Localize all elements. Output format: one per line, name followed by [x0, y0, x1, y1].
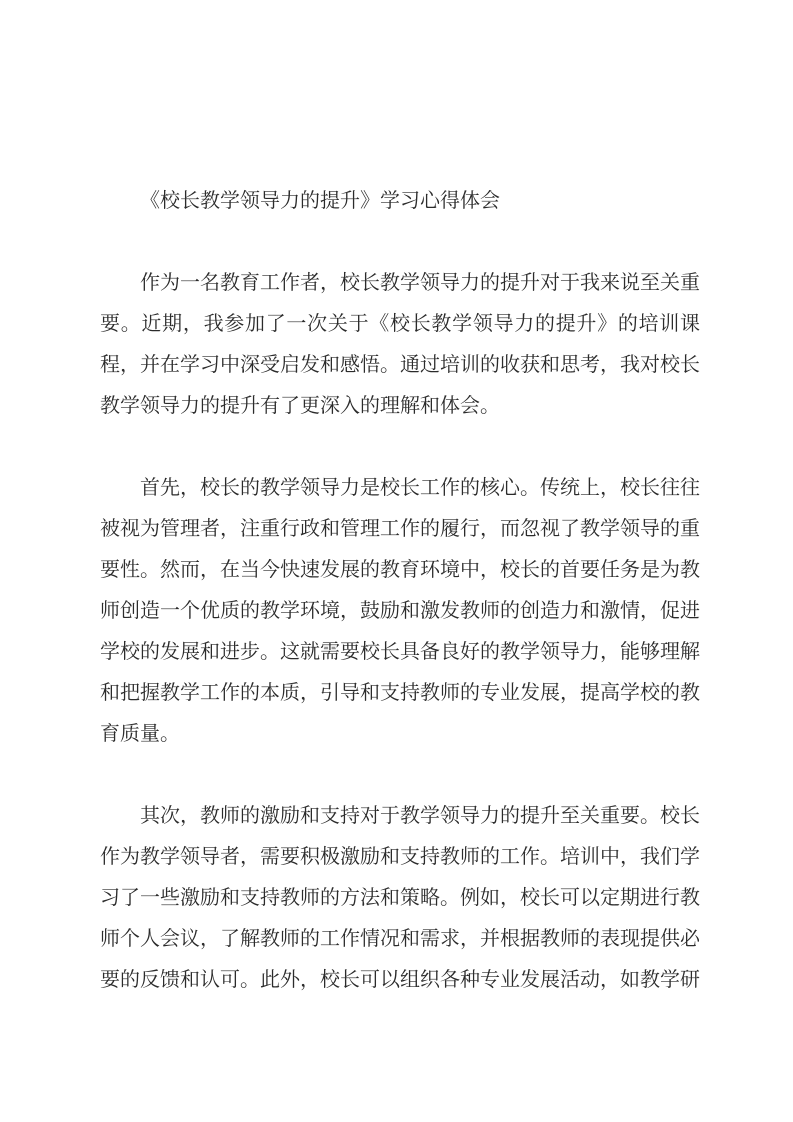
document-title: 《校长教学领导力的提升》学习心得体会 — [100, 181, 700, 222]
paragraph-intro: 作为一名教育工作者，校长教学领导力的提升对于我来说至关重要。近期，我参加了一次关… — [100, 263, 700, 427]
paragraph-first-point: 首先，校长的教学领导力是校长工作的核心。传统上，校长往往被视为管理者，注重行政和… — [100, 468, 700, 755]
document-page: 《校长教学领导力的提升》学习心得体会 作为一名教育工作者，校长教学领导力的提升对… — [0, 0, 793, 1122]
paragraph-second-point: 其次，教师的激励和支持对于教学领导力的提升至关重要。校长作为教学领导者，需要积极… — [100, 796, 700, 1001]
